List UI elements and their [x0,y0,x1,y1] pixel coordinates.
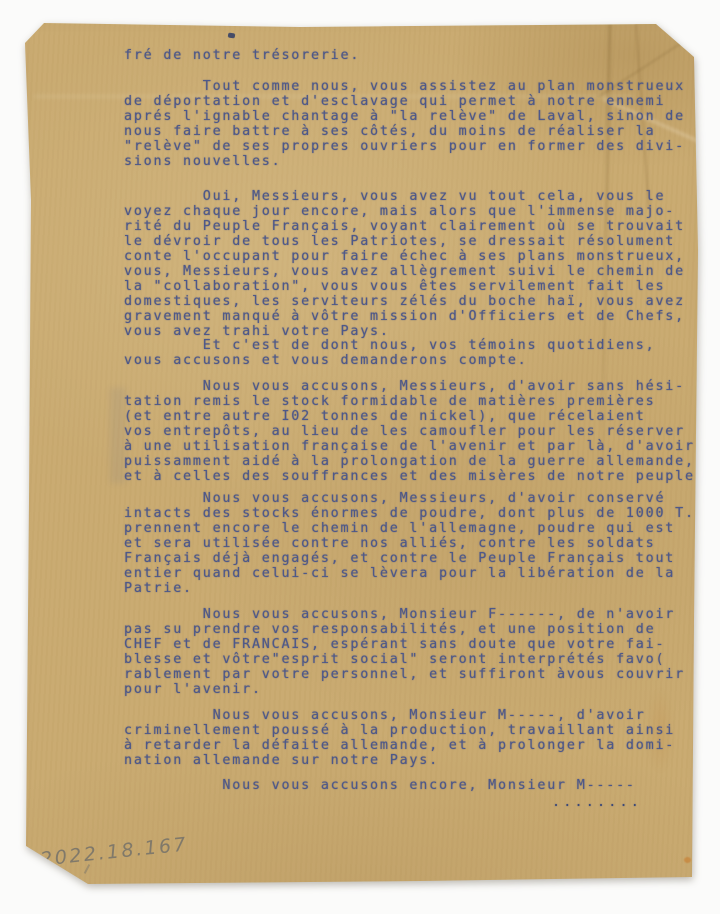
typed-dots-line: ........ [124,795,642,810]
document-page-wrap: fré de notre trésorerie. Tout comme nous… [0,0,720,914]
typed-paragraph: Nous vous accusons, Monsieur F------, de… [124,607,685,697]
typed-paragraph: Nous vous accusons, Messieurs, d'avoir s… [124,379,695,484]
typed-paragraph: Nous vous accusons, Messieurs, d'avoir c… [124,491,695,596]
typed-paragraph: Nous vous accusons, Monsieur M-----, d'a… [124,708,675,768]
document-page: fré de notre trésorerie. Tout comme nous… [0,0,720,914]
typed-paragraph: fré de notre trésorerie. [124,48,360,63]
typed-paragraph: Et c'est de dont nous, vos témoins quoti… [124,338,655,368]
scan-background: fré de notre trésorerie. Tout comme nous… [0,0,720,914]
typed-paragraph: Oui, Messieurs, vous avez vu tout cela, … [124,189,685,339]
typed-paragraph: Tout comme nous, vous assistez au plan m… [124,79,685,169]
typed-text: fré de notre trésorerie. Tout comme nous… [124,0,709,914]
typed-paragraph: Nous vous accusons encore, Monsieur M---… [124,778,636,793]
